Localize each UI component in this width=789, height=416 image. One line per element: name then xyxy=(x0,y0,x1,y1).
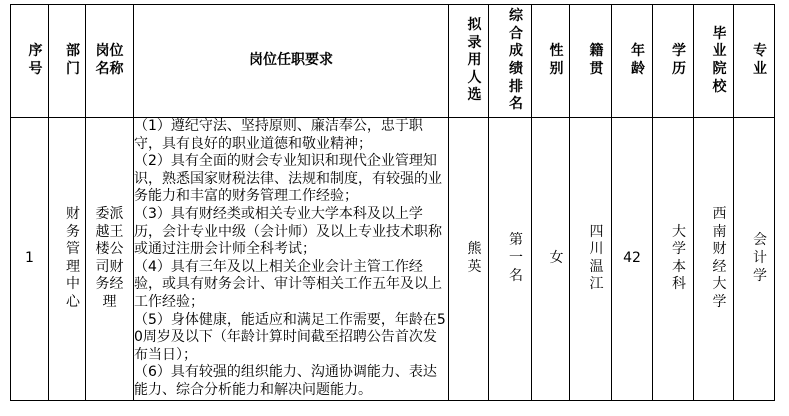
header-requirements-label: 岗位任职要求 xyxy=(134,52,448,70)
requirement-item: （3）具有财经类或相关专业大学本科及以上学历，会计专业中级（会计师）及以上专业技… xyxy=(134,206,448,259)
header-requirements: 岗位任职要求 xyxy=(134,5,449,118)
header-index-label: 序号 xyxy=(29,43,31,78)
cell-index: 1 xyxy=(11,118,49,401)
header-proposed-candidate-label: 拟录用人选 xyxy=(468,17,470,105)
table-row: 1 财务管理中心 委派越王楼公司财务经理 （1）遵纪守法、坚持原则、廉洁奉公，忠… xyxy=(11,118,775,401)
header-position-name-label: 岗位名称 xyxy=(95,43,124,78)
header-department-label: 部门 xyxy=(66,43,68,78)
header-native-place-label: 籍贯 xyxy=(590,43,592,78)
requirement-item: （1）遵纪守法、坚持原则、廉洁奉公，忠于职守，具有良好的职业道德和敬业精神； xyxy=(134,118,448,153)
header-education: 学历 xyxy=(653,5,694,118)
header-index: 序号 xyxy=(11,5,49,118)
cell-index-value: 1 xyxy=(11,250,48,268)
header-age-label: 年龄 xyxy=(631,43,633,78)
header-rank-label: 综合成绩排名 xyxy=(509,8,511,114)
header-graduate-school: 毕业院校 xyxy=(694,5,734,118)
cell-requirements: （1）遵纪守法、坚持原则、廉洁奉公，忠于职守，具有良好的职业道德和敬业精神；（2… xyxy=(134,118,449,401)
requirement-item: （6）具有较强的组织能力、沟通协调能力、表达能力、综合分析能力和解决问题能力。 xyxy=(134,364,448,399)
cell-position-name-value: 委派越王楼公司财务经理 xyxy=(95,206,124,312)
cell-education-value: 大学本科 xyxy=(672,224,674,294)
table-header-row: 序号 部门 岗位名称 岗位任职要求 拟录用人选 综合成绩排名 性别 籍贯 年龄 … xyxy=(11,5,775,118)
header-gender: 性别 xyxy=(532,5,570,118)
header-gender-label: 性别 xyxy=(550,43,552,78)
cell-education: 大学本科 xyxy=(653,118,694,401)
cell-proposed-candidate: 熊英 xyxy=(449,118,489,401)
cell-rank-value: 第一名 xyxy=(509,232,511,285)
cell-department: 财务管理中心 xyxy=(49,118,86,401)
cell-native-place-value: 四川温江 xyxy=(590,224,592,294)
cell-proposed-candidate-value: 熊英 xyxy=(468,241,470,276)
cell-gender-value: 女 xyxy=(550,250,552,268)
cell-position-name: 委派越王楼公司财务经理 xyxy=(86,118,134,401)
cell-department-value: 财务管理中心 xyxy=(66,206,68,312)
requirement-item: （2）具有全面的财会专业知识和现代企业管理知识，熟悉国家财税法律、法规和制度，有… xyxy=(134,153,448,206)
cell-requirements-content: （1）遵纪守法、坚持原则、廉洁奉公，忠于职守，具有良好的职业道德和敬业精神；（2… xyxy=(134,118,448,400)
document-page: 序号 部门 岗位名称 岗位任职要求 拟录用人选 综合成绩排名 性别 籍贯 年龄 … xyxy=(0,0,789,416)
cell-rank: 第一名 xyxy=(489,118,532,401)
header-major: 专业 xyxy=(734,5,775,118)
requirement-item: （5）身体健康，能适应和满足工作需要，年龄在50周岁及以下（年龄计算时间截至招聘… xyxy=(134,312,448,365)
header-age: 年龄 xyxy=(612,5,653,118)
header-proposed-candidate: 拟录用人选 xyxy=(449,5,489,118)
cell-graduate-school: 西南财经大学 xyxy=(694,118,734,401)
cell-native-place: 四川温江 xyxy=(570,118,612,401)
cell-age-value: 42 xyxy=(612,250,652,268)
header-major-label: 专业 xyxy=(753,43,755,78)
header-native-place: 籍贯 xyxy=(570,5,612,118)
header-position-name: 岗位名称 xyxy=(86,5,134,118)
requirement-item: （4）具有三年及以上相关企业会计主管工作经验，或具有财务会计、审计等相关工作五年… xyxy=(134,259,448,312)
cell-graduate-school-value: 西南财经大学 xyxy=(713,206,715,312)
cell-major: 会计学 xyxy=(734,118,775,401)
header-rank: 综合成绩排名 xyxy=(489,5,532,118)
cell-major-value: 会计学 xyxy=(753,232,755,285)
header-education-label: 学历 xyxy=(672,43,674,78)
header-graduate-school-label: 毕业院校 xyxy=(713,26,715,96)
cell-age: 42 xyxy=(612,118,653,401)
recruitment-result-table: 序号 部门 岗位名称 岗位任职要求 拟录用人选 综合成绩排名 性别 籍贯 年龄 … xyxy=(10,4,775,401)
cell-gender: 女 xyxy=(532,118,570,401)
header-department: 部门 xyxy=(49,5,86,118)
